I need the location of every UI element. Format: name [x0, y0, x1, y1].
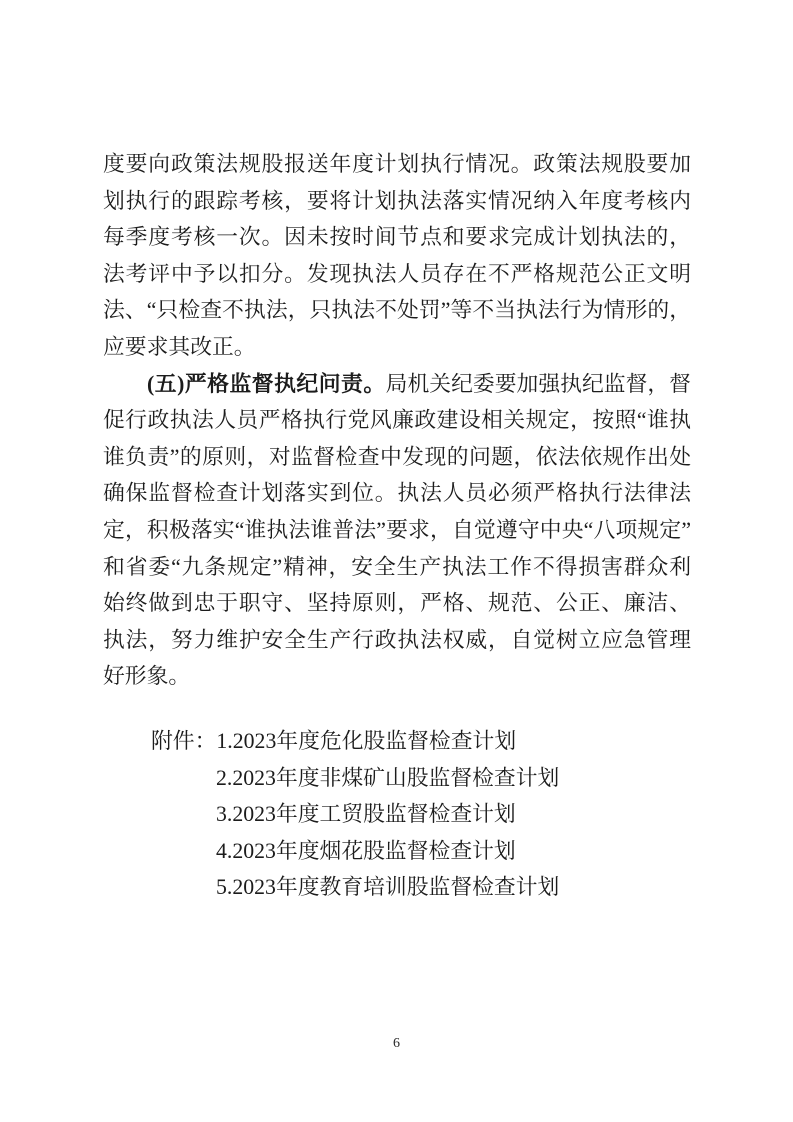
body-line: 法、“只检查不执法，只执法不处罚”等不当执法行为情形的， [103, 292, 691, 329]
attachment-text: 1.2023年度危化股监督检查计划 [216, 729, 516, 753]
document-body: 度要向政策法规股报送年度计划执行情况。政策法规股要加强计 划执行的跟踪考核，要将… [103, 146, 691, 906]
body-line: 定，积极落实“谁执法谁普法”要求，自觉遵守中央“八项规定” [103, 512, 691, 549]
attachment-item: 2.2023年度非煤矿山股监督检查计划 [151, 760, 691, 797]
body-line: 好形象。 [103, 658, 691, 695]
body-line: 执法，努力维护安全生产行政执法权威，自觉树立应急管理的良 [103, 622, 691, 659]
body-line: 和省委“九条规定”精神，安全生产执法工作不得损害群众利益， [103, 549, 691, 586]
attachment-item: 4.2023年度烟花股监督检查计划 [151, 833, 691, 870]
attachments-label: 附件： [151, 729, 216, 753]
body-line: (五)严格监督执纪问责。局机关纪委要加强执纪监督，督 [103, 366, 691, 403]
body-text: 局机关纪委要加强执纪监督，督 [386, 372, 691, 396]
attachments-block: 附件：1.2023年度危化股监督检查计划 2.2023年度非煤矿山股监督检查计划… [103, 723, 691, 906]
body-line: 促行政执法人员严格执行党风廉政建设相关规定，按照“谁执法、 [103, 402, 691, 439]
body-line: 每季度考核一次。因未按时间节点和要求完成计划执法的，在执 [103, 219, 691, 256]
body-line: 度要向政策法规股报送年度计划执行情况。政策法规股要加强计 [103, 146, 691, 183]
section-heading: (五)严格监督执纪问责。 [147, 372, 386, 396]
body-line: 应要求其改正。 [103, 329, 691, 366]
document-page: 度要向政策法规股报送年度计划执行情况。政策法规股要加强计 划执行的跟踪考核，要将… [0, 0, 793, 1122]
page-number: 6 [0, 1036, 793, 1052]
attachment-item: 5.2023年度教育培训股监督检查计划 [151, 869, 691, 906]
attachment-item: 3.2023年度工贸股监督检查计划 [151, 796, 691, 833]
body-line: 谁负责”的原则，对监督检查中发现的问题，依法依规作出处理， [103, 439, 691, 476]
body-line: 法考评中予以扣分。发现执法人员存在不严格规范公正文明执 [103, 256, 691, 293]
body-line: 始终做到忠于职守、坚持原则，严格、规范、公正、廉洁、文明 [103, 585, 691, 622]
attachment-item: 附件：1.2023年度危化股监督检查计划 [151, 723, 691, 760]
body-line: 确保监督检查计划落实到位。执法人员必须严格执行法律法规规 [103, 475, 691, 512]
body-line: 划执行的跟踪考核，要将计划执法落实情况纳入年度考核内容， [103, 183, 691, 220]
